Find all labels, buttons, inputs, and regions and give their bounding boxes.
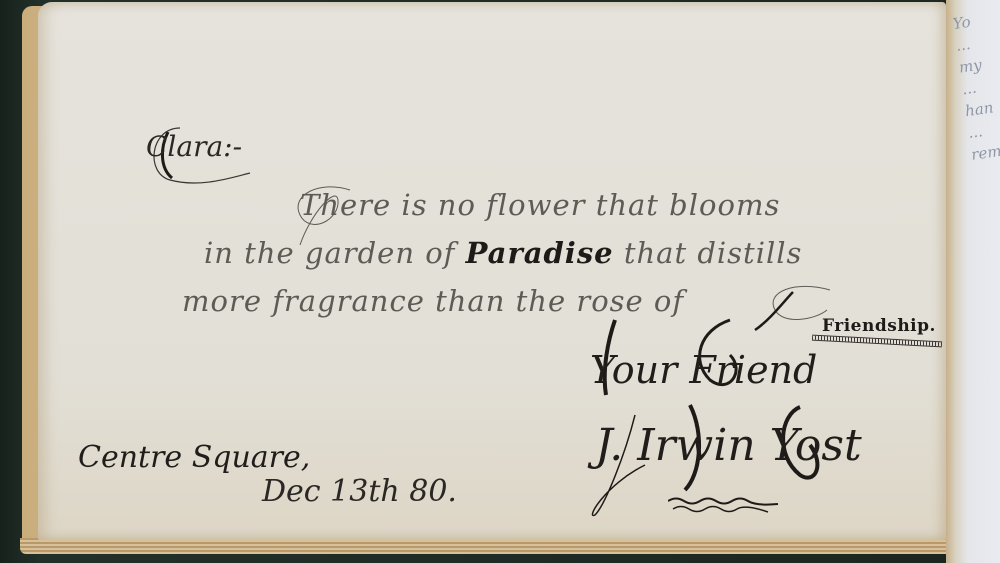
paradise-word: Paradise <box>466 236 614 270</box>
signature: J. Irwin Yost <box>595 420 862 471</box>
page-stack-bottom-edge <box>20 538 980 554</box>
line2-end: that distills <box>624 236 803 270</box>
signature-underline-squiggle <box>668 496 778 514</box>
salutation: Clara:- <box>146 130 242 163</box>
place-centre-square: Centre Square, <box>78 440 310 475</box>
inscription-line-2: in the garden of Paradise that distills <box>204 236 802 270</box>
friendship-word: Friendship. <box>822 316 936 336</box>
line2-start: in the garden of <box>204 236 455 270</box>
inscription-line-1: There is no flower that blooms <box>300 188 780 222</box>
date: Dec 13th 80. <box>262 474 457 509</box>
closing-your-friend: Your Friend <box>590 348 817 392</box>
